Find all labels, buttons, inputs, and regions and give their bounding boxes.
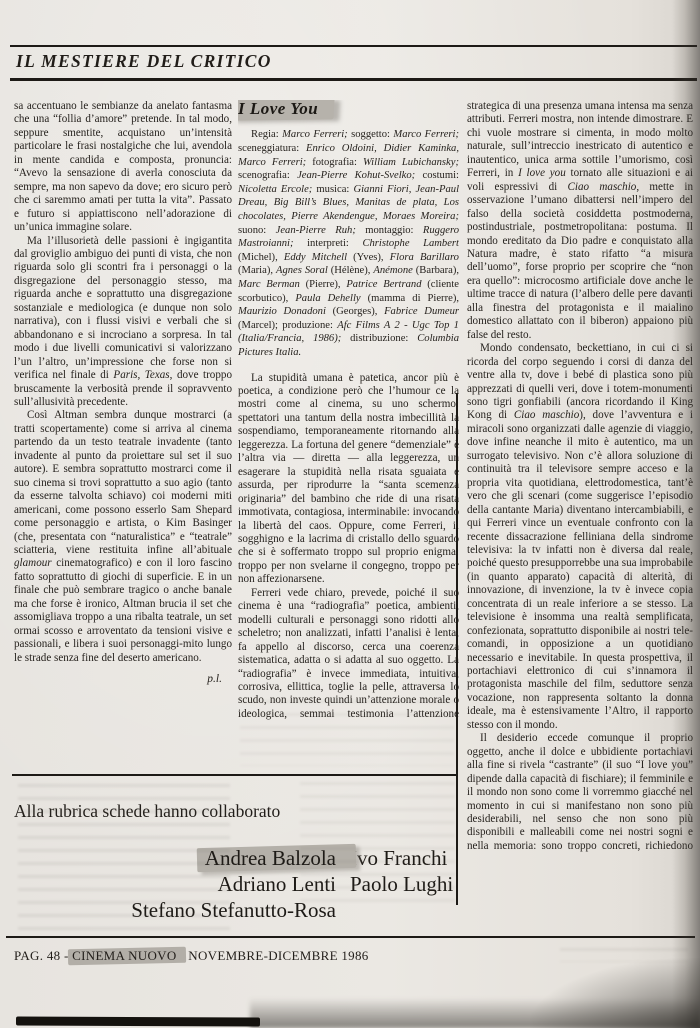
header-rule-bottom — [10, 78, 697, 81]
section-masthead: IL MESTIERE DEL CRITICO — [16, 51, 272, 72]
contributors-list: Andrea Balzola Ivo Franchi Adriano Lenti… — [14, 845, 466, 923]
page-corner-shadow — [530, 958, 700, 1028]
contributor-name: Paolo Lughi — [336, 871, 453, 897]
contributors-heading: Alla rubrica schede hanno collaborato — [14, 801, 280, 822]
paragraph: Ferreri vede chiaro, prevede, poiché il … — [238, 587, 459, 722]
contributor-name: Adriano Lenti — [14, 871, 336, 897]
review-column: I Love You Regia: Marco Ferreri; soggett… — [238, 100, 459, 776]
issue-date: - NOVEMBRE-DICEMBRE 1986 — [180, 948, 368, 963]
highlight-mark: Andrea Balzola — [205, 845, 336, 871]
paragraph: strategica di una presenza umana intensa… — [467, 100, 693, 342]
header-rule-top — [10, 45, 697, 47]
author-initials: p.l. — [14, 673, 232, 686]
contributors-row: Stefano Stefanutto-Rosa — [14, 897, 466, 923]
paragraph: Mondo condensato, beckettiano, in cui ci… — [467, 342, 693, 732]
magazine-name-highlight: CINEMA NUOVO — [72, 948, 176, 964]
scan-edge-strip — [16, 1016, 260, 1026]
paragraph: La stupidità umana è patetica, ancor più… — [238, 372, 459, 587]
contributors-row: Andrea Balzola Ivo Franchi — [14, 845, 466, 871]
article-column-right: strategica di una presenza umana intensa… — [467, 100, 693, 936]
review-title-highlight: I Love You — [238, 102, 318, 118]
contributors-row: Adriano Lenti Paolo Lughi — [14, 871, 466, 897]
footer-rule — [6, 936, 695, 938]
contributor-name — [336, 897, 350, 923]
page-edge-shadow — [672, 0, 700, 1028]
review-title: I Love You — [238, 100, 318, 118]
page-number: PAG. 48 - — [14, 948, 69, 963]
paragraph: Il desiderio eccede comunque il proprio … — [467, 732, 693, 853]
column-divider-rule — [456, 393, 458, 905]
contributor-name: Andrea Balzola — [14, 845, 336, 871]
paragraph: Così Altman sembra dunque mostrarci (a t… — [14, 409, 232, 665]
film-credits: Regia: Marco Ferreri; soggetto: Marco Fe… — [238, 128, 459, 359]
article-column-left: sa accentuano le sembianze da anelato fa… — [14, 100, 232, 772]
paragraph: Ma l’illusorietà delle passioni è ingiga… — [14, 235, 232, 410]
page-footer: PAG. 48 - CINEMA NUOVO - NOVEMBRE-DICEMB… — [14, 948, 369, 964]
magazine-page: IL MESTIERE DEL CRITICO sa accentuano le… — [0, 0, 700, 1028]
paragraph: sa accentuano le sembianze da anelato fa… — [14, 100, 232, 235]
contributors-separator-rule — [12, 774, 458, 776]
contributor-name: Stefano Stefanutto-Rosa — [14, 897, 336, 923]
